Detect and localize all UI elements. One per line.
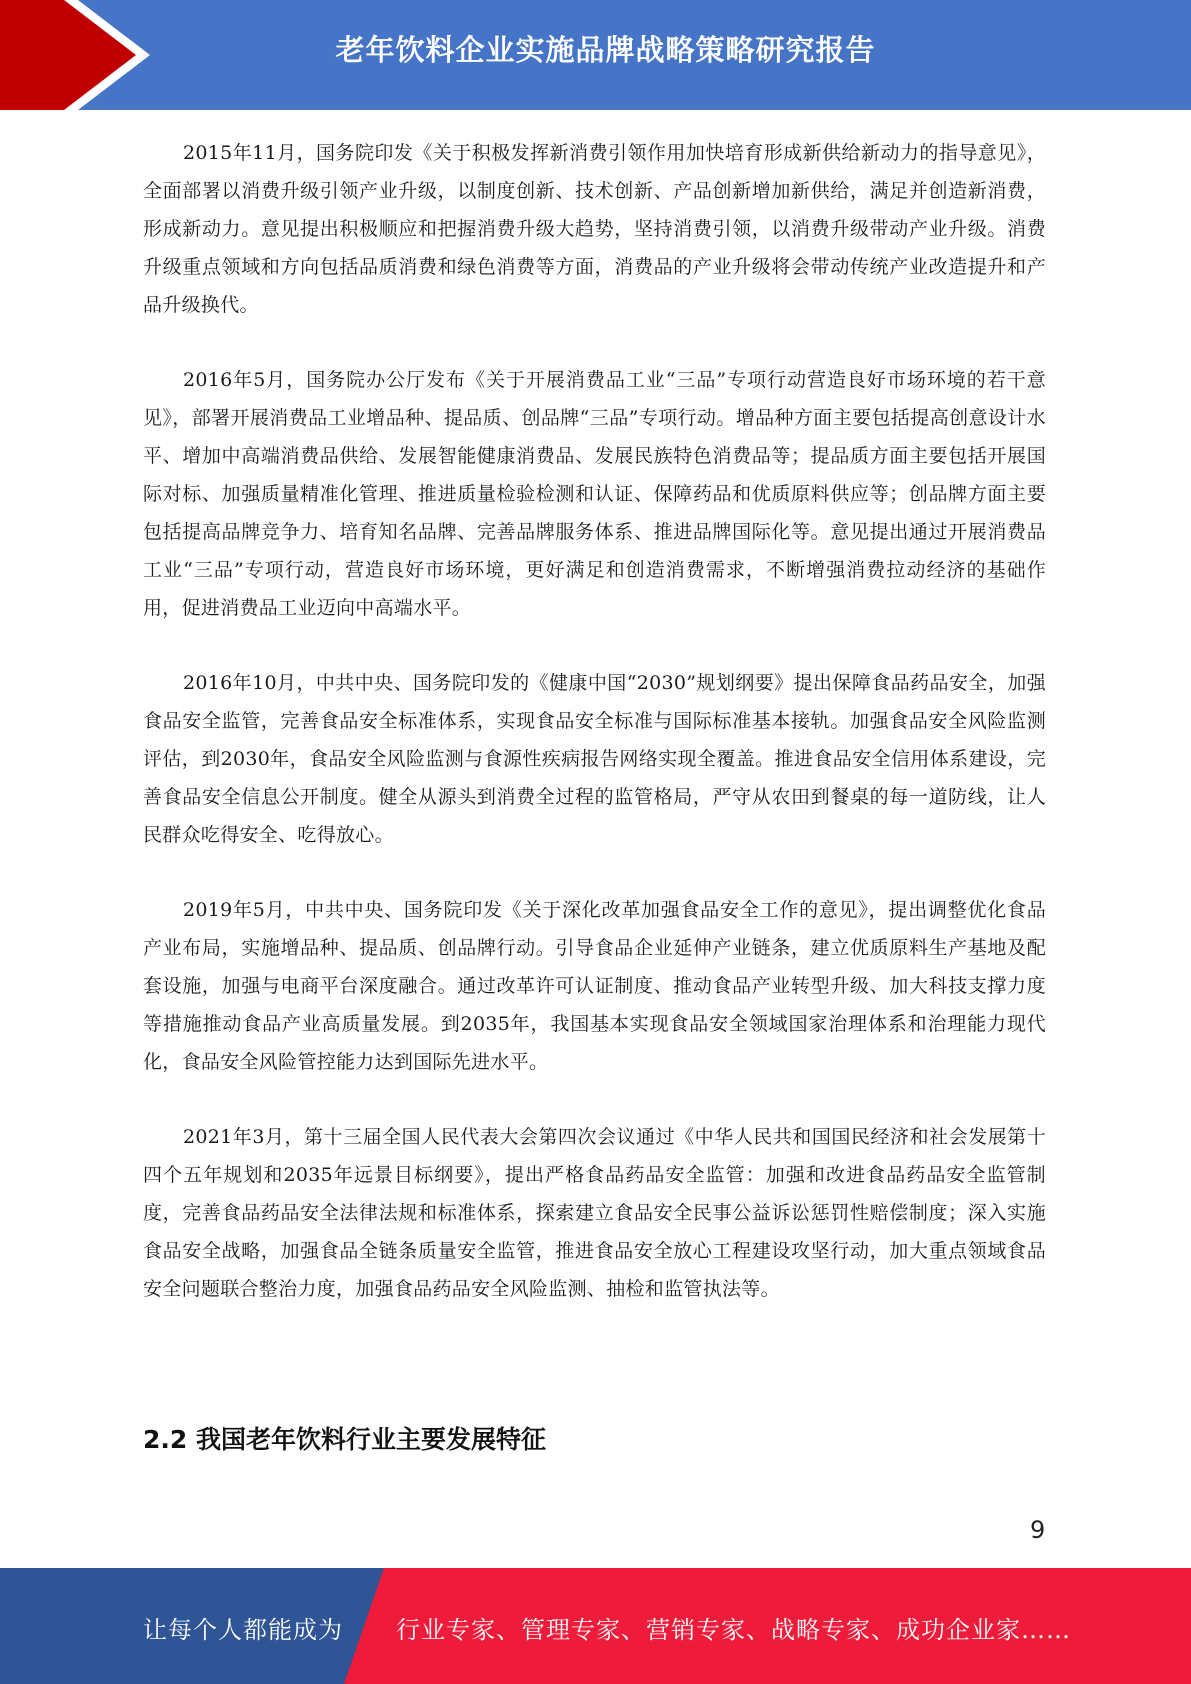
paragraph-2015-policy: 2015年11月，国务院印发《关于积极发挥新消费引领作用加快培育形成新供给新动力…: [143, 134, 1046, 324]
paragraph-2016-may-policy: 2016年5月，国务院办公厅发布《关于开展消费品工业“三品”专项行动营造良好市场…: [143, 361, 1046, 627]
page-header: 老年饮料企业实施品牌战略策略研究报告: [0, 0, 1191, 110]
paragraph-2019-policy: 2019年5月，中共中央、国务院印发《关于深化改革加强食品安全工作的意见》，提出…: [143, 891, 1046, 1081]
document-body: 2015年11月，国务院印发《关于积极发挥新消费引领作用加快培育形成新供给新动力…: [143, 134, 1046, 1345]
paragraph-2016-oct-policy: 2016年10月，中共中央、国务院印发的《健康中国“2030”规划纲要》提出保障…: [143, 664, 1046, 854]
page-footer: 让每个人都能成为 行业专家、管理专家、营销专家、战略专家、成功企业家……: [0, 1568, 1191, 1684]
footer-slogan-right: 行业专家、管理专家、营销专家、战略专家、成功企业家……: [396, 1610, 1071, 1645]
footer-slogan-left: 让每个人都能成为: [143, 1610, 343, 1645]
page-number: 9: [1030, 1516, 1045, 1544]
report-title: 老年饮料企业实施品牌战略策略研究报告: [0, 28, 1191, 69]
section-heading: 2.2 我国老年饮料行业主要发展特征: [143, 1420, 546, 1456]
paragraph-2021-policy: 2021年3月，第十三届全国人民代表大会第四次会议通过《中华人民共和国国民经济和…: [143, 1118, 1046, 1308]
